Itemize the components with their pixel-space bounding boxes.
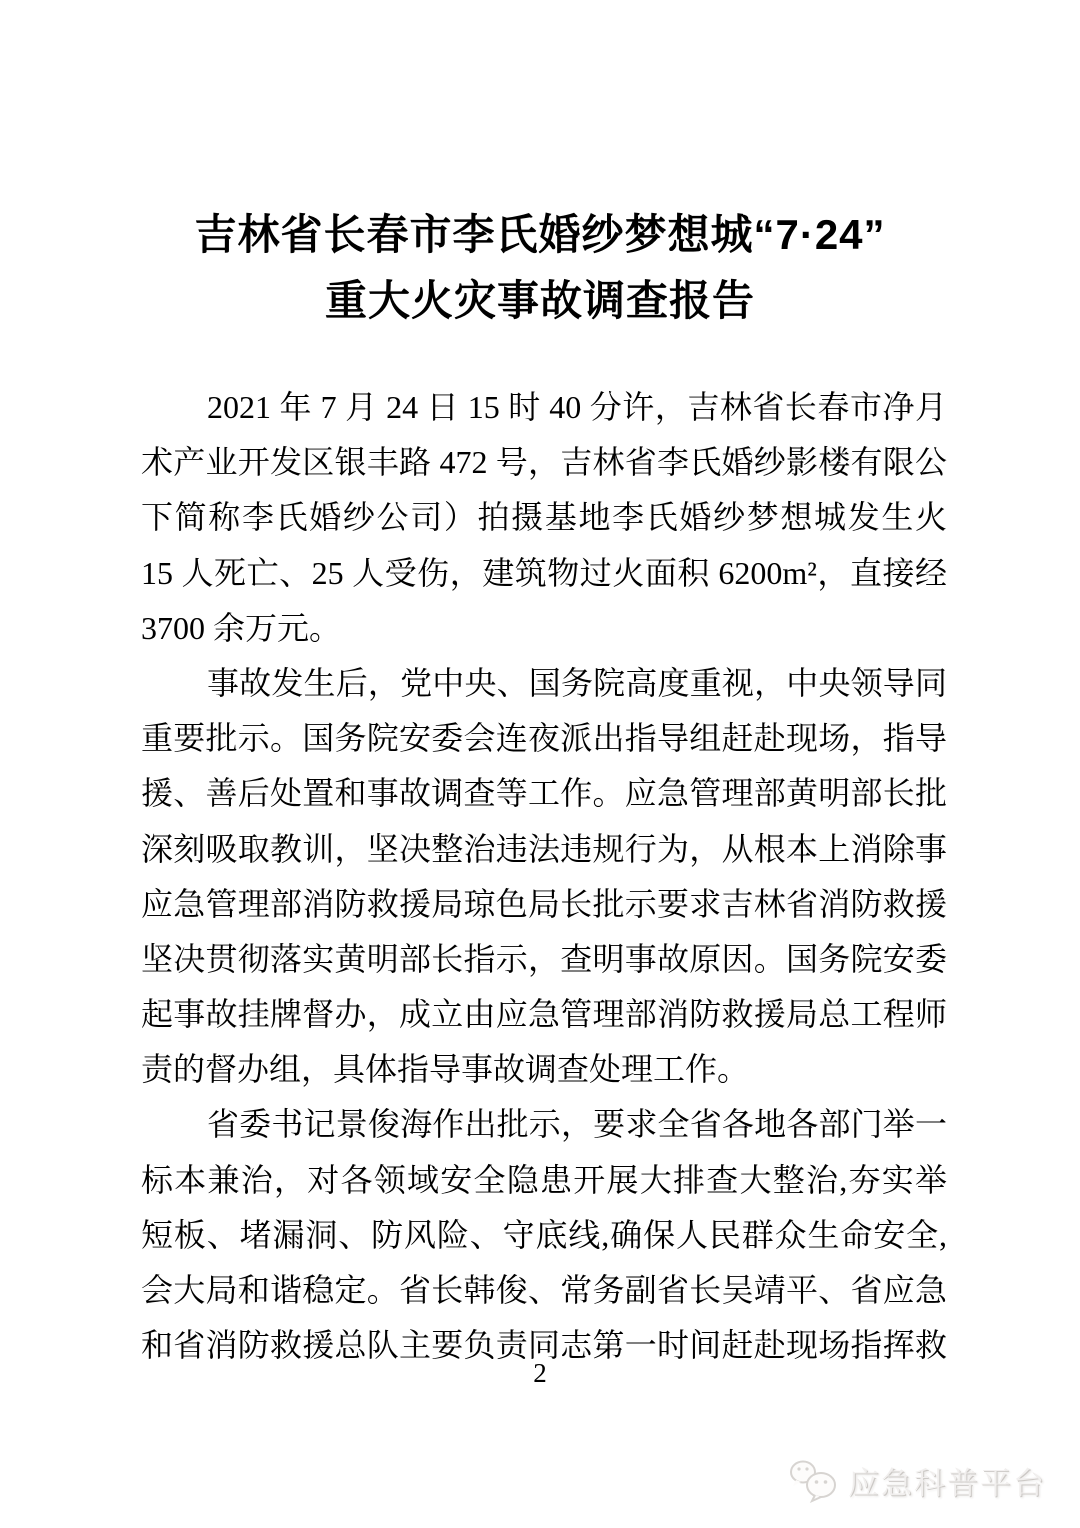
page-number: 2	[0, 1358, 1080, 1389]
text-line: 援、善后处置和事故调查等工作。应急管理部黄明部长批示要求	[141, 766, 947, 821]
text-line: 应急管理部消防救援局琼色局长批示要求吉林省消防救援总队	[141, 877, 947, 932]
text-line: 2021 年 7 月 24 日 15 时 40 分许，吉林省长春市净月高新技	[141, 380, 947, 435]
paragraph: 事故发生后，党中央、国务院高度重视，中央领导同志作出重要批示。国务院安委会连夜派…	[141, 656, 947, 1098]
text-line: 坚决贯彻落实黄明部长指示，查明事故原因。国务院安委会对该	[141, 932, 947, 987]
watermark: 应急科普平台	[788, 1458, 1046, 1503]
document-title: 吉林省长春市李氏婚纱梦想城“7·24” 重大火灾事故调查报告	[40, 202, 1040, 334]
text-line: 责的督办组，具体指导事故调查处理工作。	[141, 1042, 947, 1097]
document-page: 吉林省长春市李氏婚纱梦想城“7·24” 重大火灾事故调查报告 2021 年 7 …	[0, 0, 1080, 1528]
text-line: 短板、堵漏洞、防风险、守底线,确保人民群众生命安全,确保社	[141, 1208, 947, 1263]
wechat-icon	[788, 1459, 840, 1503]
text-line: 会大局和谐稳定。省长韩俊、常务副省长吴靖平、省应急管理厅	[141, 1263, 947, 1318]
text-line: 3700 余万元。	[141, 601, 947, 656]
paragraph: 2021 年 7 月 24 日 15 时 40 分许，吉林省长春市净月高新技术产…	[141, 380, 947, 656]
watermark-label: 应急科普平台	[848, 1458, 1046, 1503]
document-body: 2021 年 7 月 24 日 15 时 40 分许，吉林省长春市净月高新技术产…	[141, 380, 947, 1373]
text-line: 深刻吸取教训，坚决整治违法违规行为，从根本上消除事故隐患。	[141, 822, 947, 877]
paragraph: 省委书记景俊海作出批示，要求全省各地各部门举一反三、标本兼治，对各领域安全隐患开…	[141, 1097, 947, 1373]
text-line: 重要批示。国务院安委会连夜派出指导组赶赴现场，指导事故救	[141, 711, 947, 766]
text-line: 省委书记景俊海作出批示，要求全省各地各部门举一反三、	[141, 1097, 947, 1152]
text-line: 事故发生后，党中央、国务院高度重视，中央领导同志作出	[141, 656, 947, 711]
text-line: 15 人死亡、25 人受伤，建筑物过火面积 6200m²，直接经济损失	[141, 546, 947, 601]
text-line: 术产业开发区银丰路 472 号，吉林省李氏婚纱影楼有限公司（以	[141, 435, 947, 490]
document-title-line1: 吉林省长春市李氏婚纱梦想城“7·24”	[40, 202, 1040, 268]
text-line: 下简称李氏婚纱公司）拍摄基地李氏婚纱梦想城发生火灾，造成	[141, 490, 947, 545]
document-title-line2: 重大火灾事故调查报告	[40, 268, 1040, 334]
text-line: 起事故挂牌督办，成立由应急管理部消防救援局总工程师周天负	[141, 987, 947, 1042]
text-line: 标本兼治，对各领域安全隐患开展大排查大整治,夯实举措，补	[141, 1153, 947, 1208]
